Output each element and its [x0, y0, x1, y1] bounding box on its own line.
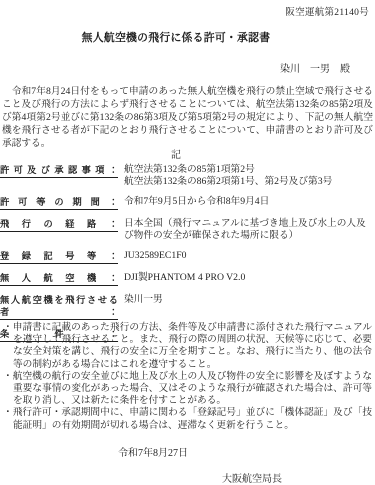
condition-item-flight-manual: 申請書に記載のあった飛行の方法、条件等及び申請書に添付された飛行マニュアルを遵守…	[3, 322, 372, 371]
field-label-uav-model: 無人航空機：	[0, 272, 118, 286]
field-label-registration-id: 登録記号等：	[0, 250, 118, 264]
field-label-flight-route: 飛行の経路：	[0, 218, 118, 232]
document-title: 無人航空機の飛行に係る許可・承認書	[0, 30, 352, 45]
field-value-permit-period: 令和7年9月5日から令和8年9月4日	[124, 196, 373, 208]
field-value-uav-model: DJI製PHANTOM 4 PRO V2.0	[124, 272, 373, 284]
field-label-permit-period: 許可等の期間：	[0, 196, 118, 210]
field-value-registration-id: JU32589EC1F0	[124, 250, 373, 262]
field-label-operator: 無人航空機を飛行させる者：	[0, 294, 118, 320]
field-row-permit-period: 許可等の期間： 令和7年9月5日から令和8年9月4日	[0, 196, 373, 210]
field-row-flight-route: 飛行の経路： 日本全国（飛行マニュアルに基づき地上及び水上の人及び物件の安全が確…	[0, 218, 373, 242]
conditions-list: 申請書に記載のあった飛行の方法、条件等及び申請書に添付された飛行マニュアルを遵守…	[3, 322, 372, 432]
addressee-name: 染川 一男 殿	[280, 60, 350, 75]
condition-item-renewal: 飛行許可・承認期間中に、申請に関わる「登録記号」並びに「機体認証」及び「技能証明…	[3, 407, 372, 431]
section-marker-ki: 記	[0, 146, 352, 161]
issuer-signature: 大阪航空局長	[222, 470, 282, 485]
issue-date: 令和7年8月27日	[118, 444, 188, 459]
field-value-operator: 染川一男	[124, 294, 373, 306]
field-row-uav-model: 無人航空機： DJI製PHANTOM 4 PRO V2.0	[0, 272, 373, 286]
field-row-operator: 無人航空機を飛行させる者： 染川一男	[0, 294, 373, 320]
field-row-approval-items: 許可及び承認事項： 航空法第132条の85第1項第2号 航空法第132条の86第…	[0, 164, 373, 188]
condition-item-revocation: 航空機の航行の安全並びに地上及び水上の人及び物件の安全に影響を及ぼすような重要な…	[3, 371, 372, 408]
field-row-registration-id: 登録記号等： JU32589EC1F0	[0, 250, 373, 264]
document-number: 阪空運航第21140号	[285, 4, 369, 18]
approval-body-paragraph: 令和7年8月24日付をもって申請のあった無人航空機を飛行の禁止空域で飛行させるこ…	[2, 85, 373, 150]
permit-document-page: 阪空運航第21140号 無人航空機の飛行に係る許可・承認書 染川 一男 殿 令和…	[0, 0, 375, 485]
field-label-approval-items: 許可及び承認事項：	[0, 164, 118, 178]
field-value-flight-route: 日本全国（飛行マニュアルに基づき地上及び水上の人及び物件の安全が確保された場所に…	[124, 218, 373, 242]
field-value-approval-items: 航空法第132条の85第1項第2号 航空法第132条の86第2項第1号、第2号及…	[124, 164, 373, 188]
